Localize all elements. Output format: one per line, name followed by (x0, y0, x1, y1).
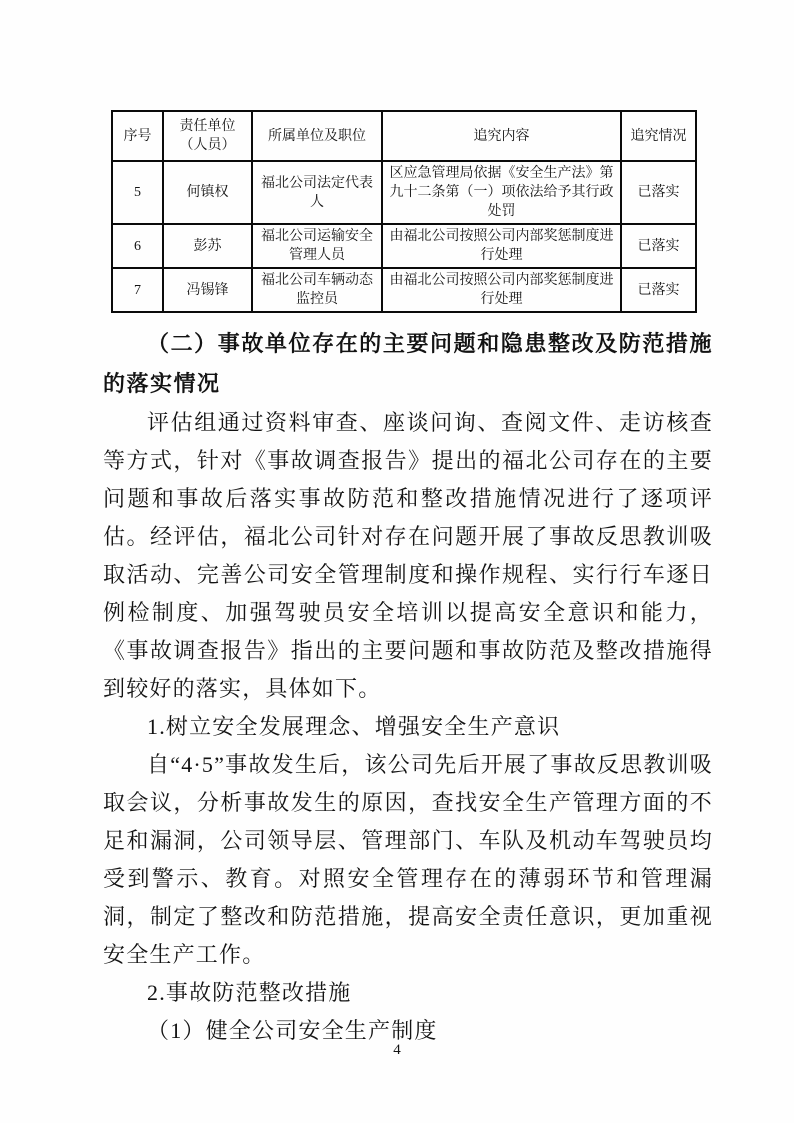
content-cell: 由福北公司按照公司内部奖惩制度进行处理 (382, 224, 621, 268)
document-page: 序号 责任单位（人员） 所属单位及职位 追究内容 追究情况 5 何镇权 福北公司… (0, 0, 794, 1123)
serial-cell: 7 (112, 268, 163, 312)
subheading-prevention-measures: 2.事故防范整改措施 (103, 974, 713, 1012)
page-number: 4 (0, 1042, 794, 1059)
header-accountability-content: 追究内容 (382, 111, 621, 161)
unit-cell: 福北公司法定代表人 (252, 161, 382, 224)
table-header-row: 序号 责任单位（人员） 所属单位及职位 追究内容 追究情况 (112, 111, 696, 161)
person-cell: 彭苏 (163, 224, 252, 268)
unit-cell: 福北公司车辆动态监控员 (252, 268, 382, 312)
header-serial: 序号 (112, 111, 163, 161)
paragraph-accident-reflection: 自“4·5”事故发生后，该公司先后开展了事故反思教训吸取会议，分析事故发生的原因… (103, 746, 713, 974)
status-cell: 已落实 (621, 161, 696, 224)
section-heading: （二）事故单位存在的主要问题和隐患整改及防范措施的落实情况 (103, 324, 713, 404)
header-responsible-unit: 责任单位（人员） (163, 111, 252, 161)
person-cell: 冯锡锋 (163, 268, 252, 312)
table-row: 6 彭苏 福北公司运输安全管理人员 由福北公司按照公司内部奖惩制度进行处理 已落… (112, 224, 696, 268)
header-affiliation-position: 所属单位及职位 (252, 111, 382, 161)
table-row: 7 冯锡锋 福北公司车辆动态监控员 由福北公司按照公司内部奖惩制度进行处理 已落… (112, 268, 696, 312)
content-cell: 区应急管理局依据《安全生产法》第九十二条第（一）项依法给予其行政处罚 (382, 161, 621, 224)
paragraph-evaluation-overview: 评估组通过资料审查、座谈问询、查阅文件、走访核查等方式，针对《事故调查报告》提出… (103, 404, 713, 708)
person-cell: 何镇权 (163, 161, 252, 224)
table-row: 5 何镇权 福北公司法定代表人 区应急管理局依据《安全生产法》第九十二条第（一）… (112, 161, 696, 224)
header-accountability-status: 追究情况 (621, 111, 696, 161)
serial-cell: 6 (112, 224, 163, 268)
status-cell: 已落实 (621, 224, 696, 268)
subheading-safety-awareness: 1.树立安全发展理念、增强安全生产意识 (103, 708, 713, 746)
content-cell: 由福北公司按照公司内部奖惩制度进行处理 (382, 268, 621, 312)
serial-cell: 5 (112, 161, 163, 224)
responsibility-table: 序号 责任单位（人员） 所属单位及职位 追究内容 追究情况 5 何镇权 福北公司… (111, 110, 697, 313)
status-cell: 已落实 (621, 268, 696, 312)
unit-cell: 福北公司运输安全管理人员 (252, 224, 382, 268)
page-content: 序号 责任单位（人员） 所属单位及职位 追究内容 追究情况 5 何镇权 福北公司… (103, 110, 713, 1050)
